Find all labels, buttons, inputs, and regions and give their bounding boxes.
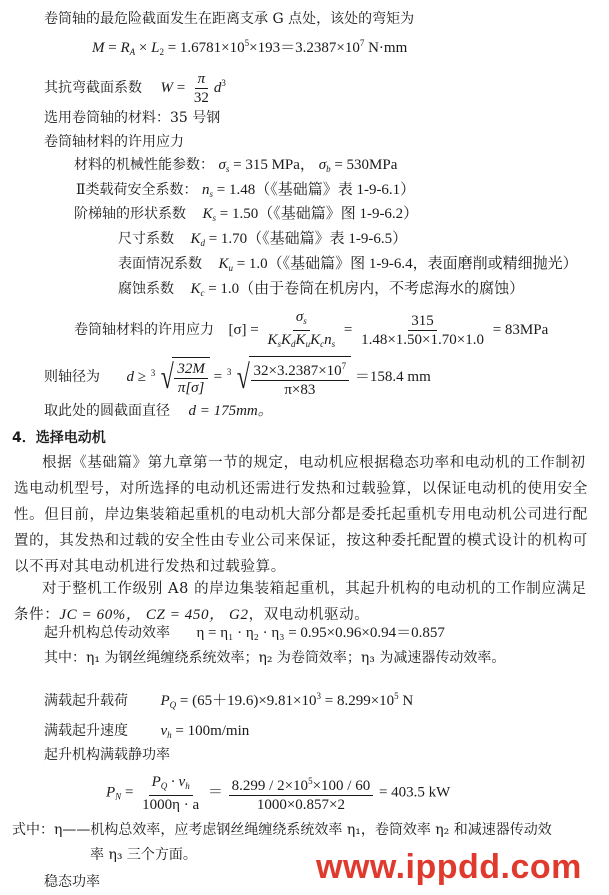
reaction-subscript: A — [130, 47, 136, 57]
efficiency-equation: η = η₁ · η₂ · η₃ = 0.95×0.96×0.94＝0.857 — [196, 625, 444, 641]
static-power-heading: 起升机构满载静功率 — [44, 745, 170, 765]
speed-line: 满载起升速度 vh = 100m/min — [44, 721, 249, 745]
corrosion-factor: 腐蚀系数 Kc = 1.0（由于卷筒在机房内，不考虑海水的腐蚀） — [118, 279, 524, 303]
allowable-lhs: [σ] = — [228, 322, 258, 338]
shape-factor: 阶梯轴的形状系数 Ks = 1.50（《基础篇》图 1-9-6.2） — [74, 204, 418, 228]
section-modulus: 其抗弯截面系数 W = π32d3 — [44, 70, 226, 107]
diameter-eq-label: 则轴径为 — [44, 369, 100, 385]
reaction-symbol: R — [120, 40, 129, 56]
diameter-result: ＝158.4 mm — [355, 369, 431, 385]
modulus-symbol: W — [160, 80, 173, 96]
exp-2: 7 — [360, 38, 365, 48]
pi-over-32-fraction: π32 — [191, 70, 212, 107]
where-line-1: 式中：η——机构总效率，应考虑钢丝绳缠绕系统效率 η₁，卷筒效率 η₂ 和减速器… — [12, 820, 552, 840]
para-line: 对于整机工作级别 A8 的岸边集装箱起重机，其起升机构的电动机的工作制应满足 — [14, 576, 594, 602]
para-line: 选电动机型号，对所选择的电动机还需进行发热和过载验算，以保证电动机的使用安全 — [14, 476, 594, 502]
moment-factor-b: ×193 — [249, 40, 280, 56]
efficiency-note: 其中：η₁ 为钢丝绳缠绕系统效率；η₂ 为卷筒效率；η₃ 为减速器传动效率。 — [44, 648, 505, 668]
where-line-2: 率 η₃ 三个方面。 — [90, 845, 197, 865]
allowable-result: = 83MPa — [493, 322, 549, 338]
size-factor: 尺寸系数 Kd = 1.70（《基础篇》表 1-9-6.5） — [118, 229, 407, 253]
size-factor-label: 尺寸系数 — [118, 231, 174, 247]
safety-factor: Ⅱ类载荷安全系数： ns = 1.48（《基础篇》表 1-9-6.1） — [76, 180, 415, 204]
moment-unit: N·mm — [368, 40, 407, 56]
diameter-equation: 则轴径为 d ≥ 3 √ 32Mπ[σ] = 3 √ 32×3.2387×107… — [44, 356, 431, 399]
allowable-eq-label: 卷筒轴材料的许用应力 — [74, 322, 214, 338]
safety-factor-label: Ⅱ类载荷安全系数： — [76, 182, 198, 198]
danger-section-text: 卷筒轴的最危险截面发生在距离支承 G 点处，该处的弯矩为 — [44, 9, 414, 29]
load-line: 满载起升载荷 PQ = (65＋19.6)×9.81×103 = 8.299×1… — [44, 686, 413, 715]
cube-root-symbolic: 3 √ 32Mπ[σ] — [158, 357, 210, 398]
section-heading-motor: 4．选择电动机 — [12, 428, 106, 448]
mech-props: 材料的机械性能参数： σs = 315 MPa， σb = 530MPa — [74, 155, 397, 179]
efficiency-label: 起升机构总传动效率 — [44, 625, 170, 641]
work-class-paragraph: 对于整机工作级别 A8 的岸边集装箱起重机，其起升机构的电动机的工作制应满足 条… — [14, 576, 594, 628]
power-symbolic-fraction: PQ · vh 1000η · a — [139, 773, 202, 814]
chosen-diameter-label: 取此处的圆截面直径 — [44, 403, 170, 419]
moment-equation: M = RA × L2 = 1.6781×105×193＝3.2387×107 … — [92, 33, 407, 62]
corrosion-factor-label: 腐蚀系数 — [118, 281, 174, 297]
chosen-diameter-value: d = 175mm。 — [188, 403, 272, 419]
chosen-diameter: 取此处的圆截面直径 d = 175mm。 — [44, 401, 273, 421]
efficiency-line: 起升机构总传动效率 η = η₁ · η₂ · η₃ = 0.95×0.96×0… — [44, 623, 445, 643]
watermark: www.ippdd.com — [316, 848, 582, 887]
surface-factor: 表面情况系数 Ku = 1.0（《基础篇》图 1-9-6.4，表面磨削或精细抛光… — [118, 254, 578, 278]
power-numeric-fraction: 8.299 / 2×105×100 / 60 1000×0.857×2 — [229, 772, 374, 814]
allowable-stress-equation: 卷筒轴材料的许用应力 [σ] = σs KsKdKuKcns = 315 1.4… — [74, 308, 548, 353]
cube-root-numeric: 3 √ 32×3.2387×107π×83 — [234, 356, 351, 399]
stress-over-factors-fraction: σs KsKdKuKcns — [265, 308, 339, 353]
material-choice: 选用卷筒轴的材料：35 号钢 — [44, 108, 220, 128]
load-label: 满载起升载荷 — [44, 693, 128, 709]
section-modulus-label: 其抗弯截面系数 — [44, 80, 142, 96]
para-line: 性。但目前，岸边集装箱起重机的电动机大部分都是委托起重机专用电动机公司进行配 — [14, 502, 594, 528]
mech-props-label: 材料的机械性能参数： — [74, 157, 214, 173]
para-line: 根据《基础篇》第九章第一节的规定，电动机应根据稳态功率和电动机的工作制初 — [14, 450, 594, 476]
speed-label: 满载起升速度 — [44, 723, 128, 739]
para-line: 置的，其发热和过载的安全性由专业公司来保证，按这种委托配置的模式设计的机构可 — [14, 528, 594, 554]
allowable-stress-heading: 卷筒轴材料的许用应力 — [44, 132, 184, 152]
length-subscript: 2 — [159, 47, 164, 57]
surface-factor-label: 表面情况系数 — [118, 256, 202, 272]
motor-intro-paragraph: 根据《基础篇》第九章第一节的规定，电动机应根据稳态功率和电动机的工作制初 选电动… — [14, 450, 594, 580]
moment-symbol: M — [92, 40, 105, 56]
numeric-fraction: 315 1.48×1.50×1.70×1.0 — [358, 312, 487, 349]
moment-factor-a: 1.6781×10 — [180, 40, 245, 56]
steady-power-heading: 稳态功率 — [44, 872, 100, 892]
moment-result: ＝3.2387×10 — [280, 40, 360, 56]
shape-factor-label: 阶梯轴的形状系数 — [74, 206, 186, 222]
static-power-result: = 403.5 kW — [379, 784, 450, 800]
static-power-equation: PN = PQ · vh 1000η · a ＝ 8.299 / 2×105×1… — [106, 772, 450, 816]
